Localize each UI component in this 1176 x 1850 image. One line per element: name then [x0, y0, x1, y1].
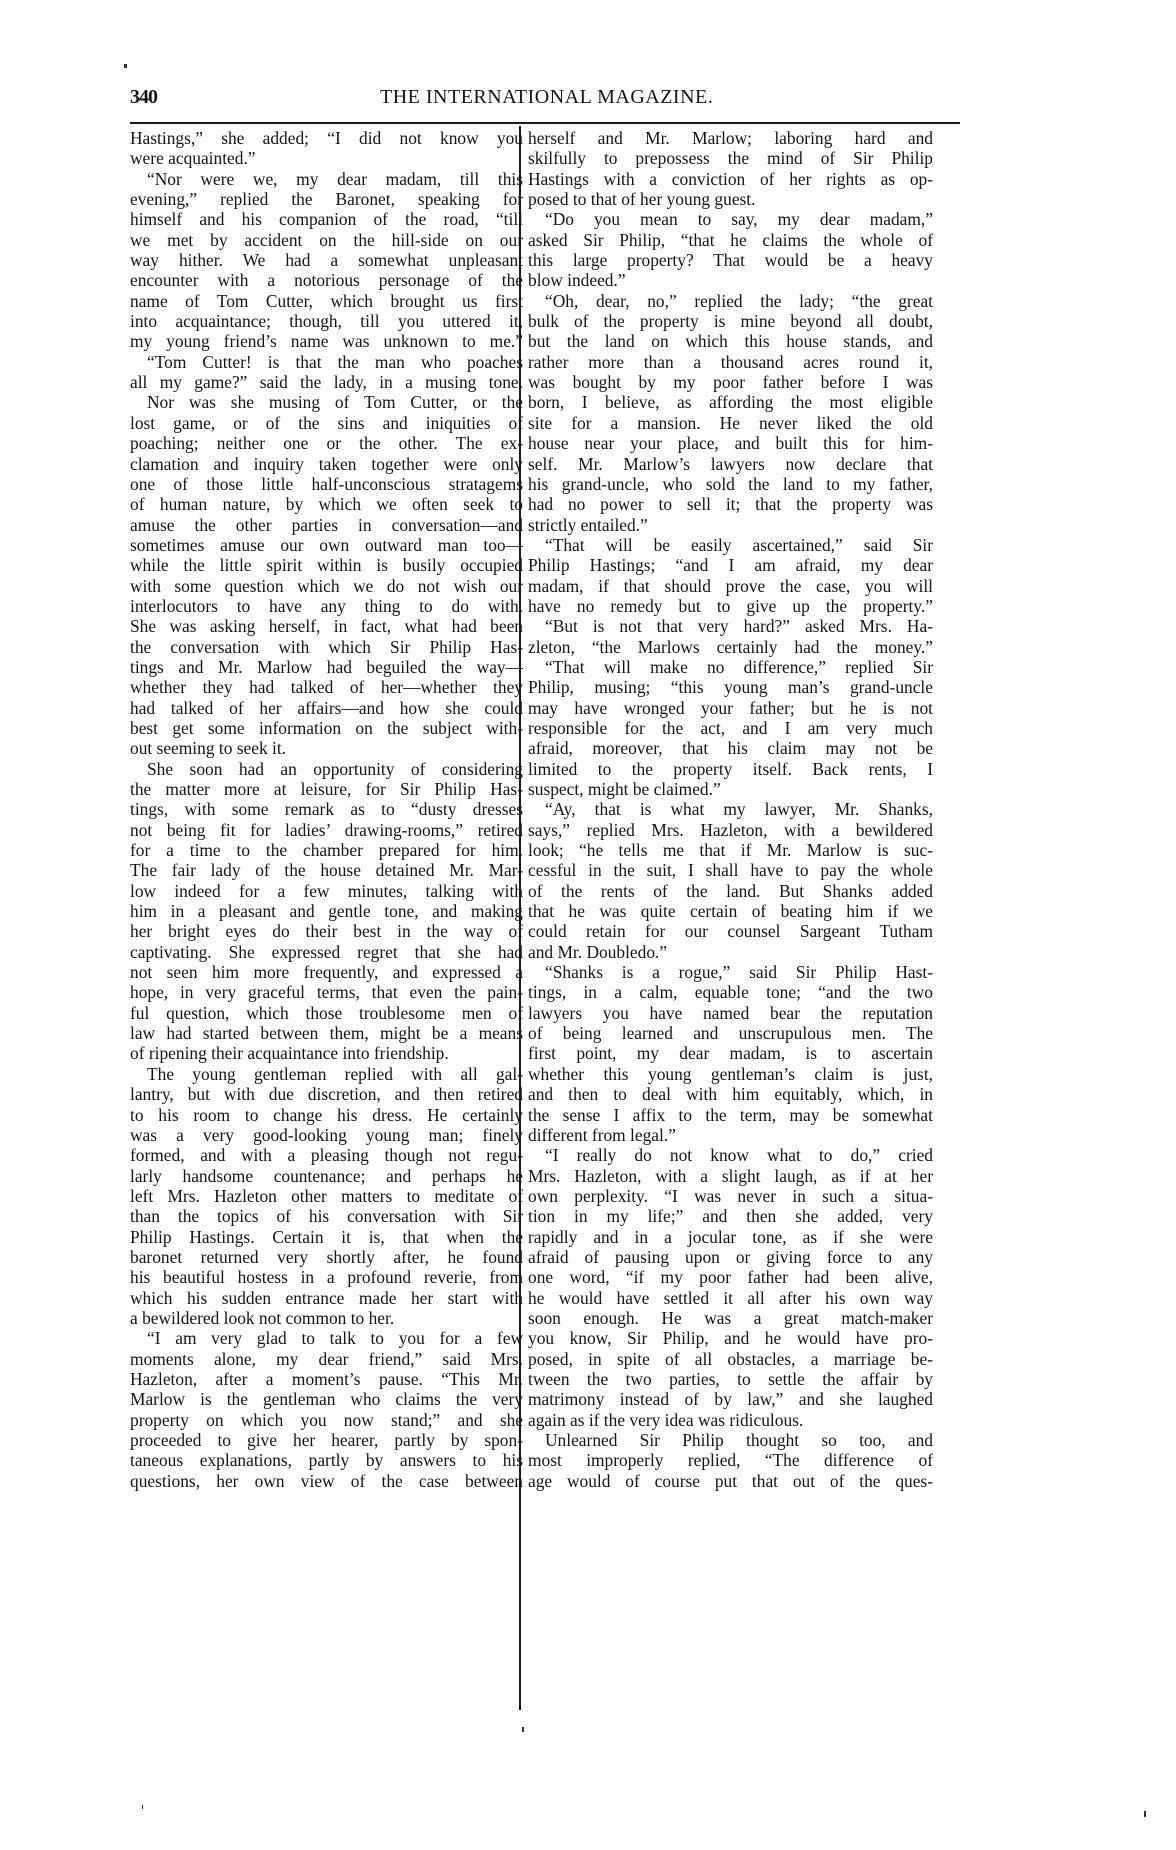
text-line: age would of course put that out of the … — [528, 1471, 933, 1491]
text-line: first point, my dear madam, is to ascert… — [528, 1043, 933, 1063]
text-line: questions, her own view of the case betw… — [130, 1471, 523, 1491]
text-line: name of Tom Cutter, which brought us fir… — [130, 291, 523, 311]
text-line: interlocutors to have any thing to do wi… — [130, 596, 523, 616]
text-line: Mrs. Hazleton, with a slight laugh, as i… — [528, 1166, 933, 1186]
text-line: Hastings with a conviction of her rights… — [528, 169, 933, 189]
text-line: lantry, but with due discretion, and the… — [130, 1084, 523, 1104]
text-line: left Mrs. Hazleton other matters to medi… — [130, 1186, 523, 1206]
text-line: The young gentleman replied with all gal… — [130, 1064, 523, 1084]
text-line: captivating. She expressed regret that s… — [130, 942, 523, 962]
text-line: which his sudden entrance made her start… — [130, 1288, 523, 1308]
text-line: rapidly and in a jocular tone, as if she… — [528, 1227, 933, 1247]
text-line: property on which you now stand;” and sh… — [130, 1410, 523, 1430]
text-line: of human nature, by which we often seek … — [130, 494, 523, 514]
text-line: Marlow is the gentleman who claims the v… — [130, 1389, 523, 1409]
text-line: Nor was she musing of Tom Cutter, or the — [130, 392, 523, 412]
text-line: tings and Mr. Marlow had beguiled the wa… — [130, 657, 523, 677]
text-line: most improperly replied, “The difference… — [528, 1450, 933, 1470]
text-line: blow indeed.” — [528, 270, 933, 290]
text-line: of ripening their acquaintance into frie… — [130, 1043, 523, 1063]
text-line: taneous explanations, partly by answers … — [130, 1450, 523, 1470]
text-line: lost game, or of the sins and iniquities… — [130, 413, 523, 433]
text-line: madam, if that should prove the case, yo… — [528, 576, 933, 596]
text-line: we met by accident on the hill-side on o… — [130, 230, 523, 250]
text-line: tings, in a calm, equable tone; “and the… — [528, 982, 933, 1002]
text-line: “Nor were we, my dear madam, till this — [130, 169, 523, 189]
text-line: could retain for our counsel Sargeant Tu… — [528, 921, 933, 941]
text-line: Philip Hastings; “and I am afraid, my de… — [528, 555, 933, 575]
text-line: Philip Hastings. Certain it is, that whe… — [130, 1227, 523, 1247]
text-line: out seeming to seek it. — [130, 738, 523, 758]
text-line: says,” replied Mrs. Hazleton, with a bew… — [528, 820, 933, 840]
text-line: with some question which we do not wish … — [130, 576, 523, 596]
text-line: strictly entailed.” — [528, 515, 933, 535]
text-line: poaching; neither one or the other. The … — [130, 433, 523, 453]
text-line: “That will make no difference,” replied … — [528, 657, 933, 677]
text-line: “Oh, dear, no,” replied the lady; “the g… — [528, 291, 933, 311]
text-line: posed to that of her young guest. — [528, 189, 933, 209]
text-line: “I am very glad to talk to you for a few — [130, 1328, 523, 1348]
text-line: responsible for the act, and I am very m… — [528, 718, 933, 738]
text-line: best get some information on the subject… — [130, 718, 523, 738]
text-line: rather more than a thousand acres round … — [528, 352, 933, 372]
text-line: to his room to change his dress. He cert… — [130, 1105, 523, 1125]
text-line: look; “he tells me that if Mr. Marlow is… — [528, 840, 933, 860]
text-line: and Mr. Doubledo.” — [528, 942, 933, 962]
text-line: were acquainted.” — [130, 148, 523, 168]
text-line: of being learned and unscrupulous men. T… — [528, 1023, 933, 1043]
text-line: again as if the very idea was ridiculous… — [528, 1410, 933, 1430]
text-line: his beautiful hostess in a profound reve… — [130, 1267, 523, 1287]
text-line: baronet returned very shortly after, he … — [130, 1247, 523, 1267]
text-line: this large property? That would be a hea… — [528, 250, 933, 270]
text-line: tion in my life;” and then she added, ve… — [528, 1206, 933, 1226]
text-line: house near your place, and built this fo… — [528, 433, 933, 453]
left-column: Hastings,” she added; “I did not know yo… — [130, 128, 523, 1491]
text-line: my young friend’s name was unknown to me… — [130, 331, 523, 351]
text-line: the matter more at leisure, for Sir Phil… — [130, 779, 523, 799]
text-line: was bought by my poor father before I wa… — [528, 372, 933, 392]
text-line: was a very good-looking young man; finel… — [130, 1125, 523, 1145]
header-rule — [130, 122, 960, 124]
text-line: herself and Mr. Marlow; laboring hard an… — [528, 128, 933, 148]
scan-speck — [124, 64, 127, 68]
text-line: Philip, musing; “this young man’s grand-… — [528, 677, 933, 697]
text-line: one of those little half-unconscious str… — [130, 474, 523, 494]
text-line: cessful in the suit, I shall have to pay… — [528, 860, 933, 880]
text-line: moments alone, my dear friend,” said Mrs… — [130, 1349, 523, 1369]
text-line: suspect, might be claimed.” — [528, 779, 933, 799]
text-line: born, I believe, as affording the most e… — [528, 392, 933, 412]
text-line: you know, Sir Philip, and he would have … — [528, 1328, 933, 1348]
page-number: 340 — [130, 86, 157, 109]
text-line: different from legal.” — [528, 1125, 933, 1145]
text-line: sometimes amuse our own outward man too— — [130, 535, 523, 555]
text-line: larly handsome countenance; and perhaps … — [130, 1166, 523, 1186]
scan-speck — [522, 1727, 524, 1732]
text-line: bulk of the property is mine beyond all … — [528, 311, 933, 331]
text-line: “Tom Cutter! is that the man who poaches — [130, 352, 523, 372]
text-line: than the topics of his conversation with… — [130, 1206, 523, 1226]
text-line: not being fit for ladies’ drawing-rooms,… — [130, 820, 523, 840]
text-line: “But is not that very hard?” asked Mrs. … — [528, 616, 933, 636]
text-line: have no remedy but to give up the proper… — [528, 596, 933, 616]
text-line: afraid of pausing upon or giving force t… — [528, 1247, 933, 1267]
text-line: Unlearned Sir Philip thought so too, and — [528, 1430, 933, 1450]
text-line: her bright eyes do their best in the way… — [130, 921, 523, 941]
text-line: encounter with a notorious personage of … — [130, 270, 523, 290]
text-line: and then to deal with him equitably, whi… — [528, 1084, 933, 1104]
text-line: “I really do not know what to do,” cried — [528, 1145, 933, 1165]
text-line: amuse the other parties in conversation—… — [130, 515, 523, 535]
text-line: asked Sir Philip, “that he claims the wh… — [528, 230, 933, 250]
text-line: for a time to the chamber prepared for h… — [130, 840, 523, 860]
text-line: own perplexity. “I was never in such a s… — [528, 1186, 933, 1206]
text-line: himself and his companion of the road, “… — [130, 209, 523, 229]
text-line: all my game?” said the lady, in a musing… — [130, 372, 523, 392]
text-line: way hither. We had a somewhat unpleasant — [130, 250, 523, 270]
text-line: evening,” replied the Baronet, speaking … — [130, 189, 523, 209]
right-column: herself and Mr. Marlow; laboring hard an… — [528, 128, 933, 1491]
text-line: tings, with some remark as to “dusty dre… — [130, 799, 523, 819]
text-line: that he was quite certain of beating him… — [528, 901, 933, 921]
scan-speck — [1144, 1811, 1146, 1817]
text-line: the sense I affix to the term, may be so… — [528, 1105, 933, 1125]
text-line: clamation and inquiry taken together wer… — [130, 454, 523, 474]
text-line: his grand-uncle, who sold the land to my… — [528, 474, 933, 494]
text-line: zleton, “the Marlows certainly had the m… — [528, 637, 933, 657]
text-line: lawyers you have named bear the reputati… — [528, 1003, 933, 1023]
text-line: but the land on which this house stands,… — [528, 331, 933, 351]
text-line: limited to the property itself. Back ren… — [528, 759, 933, 779]
text-line: had no power to sell it; that the proper… — [528, 494, 933, 514]
text-line: matrimony instead of by law,” and she la… — [528, 1389, 933, 1409]
text-line: whether this young gentleman’s claim is … — [528, 1064, 933, 1084]
text-line: Hazleton, after a moment’s pause. “This … — [130, 1369, 523, 1389]
text-line: She soon had an opportunity of consideri… — [130, 759, 523, 779]
scan-speck — [142, 1805, 143, 1809]
text-line: proceeded to give her hearer, partly by … — [130, 1430, 523, 1450]
text-line: formed, and with a pleasing though not r… — [130, 1145, 523, 1165]
text-line: into acquaintance; though, till you utte… — [130, 311, 523, 331]
text-line: “Shanks is a rogue,” said Sir Philip Has… — [528, 962, 933, 982]
text-line: “That will be easily ascertained,” said … — [528, 535, 933, 555]
text-line: low indeed for a few minutes, talking wi… — [130, 881, 523, 901]
column-divider — [519, 126, 521, 1710]
text-line: he would have settled it all after his o… — [528, 1288, 933, 1308]
running-title: THE INTERNATIONAL MAGAZINE. — [380, 86, 940, 109]
text-line: The fair lady of the house detained Mr. … — [130, 860, 523, 880]
text-line: “Ay, that is what my lawyer, Mr. Shanks, — [528, 799, 933, 819]
text-line: skilfully to prepossess the mind of Sir … — [528, 148, 933, 168]
text-line: had talked of her affairs—and how she co… — [130, 698, 523, 718]
text-line: soon enough. He was a great match-maker — [528, 1308, 933, 1328]
text-line: the conversation with which Sir Philip H… — [130, 637, 523, 657]
text-line: “Do you mean to say, my dear madam,” — [528, 209, 933, 229]
text-line: one word, “if my poor father had been al… — [528, 1267, 933, 1287]
text-line: law had started between them, might be a… — [130, 1023, 523, 1043]
text-line: self. Mr. Marlow’s lawyers now declare t… — [528, 454, 933, 474]
text-line: may have wronged your father; but he is … — [528, 698, 933, 718]
text-line: while the little spirit within is busily… — [130, 555, 523, 575]
text-line: a bewildered look not common to her. — [130, 1308, 523, 1328]
text-line: of the rents of the land. But Shanks add… — [528, 881, 933, 901]
text-line: site for a mansion. He never liked the o… — [528, 413, 933, 433]
text-line: him in a pleasant and gentle tone, and m… — [130, 901, 523, 921]
text-line: Hastings,” she added; “I did not know yo… — [130, 128, 523, 148]
text-line: tween the two parties, to settle the aff… — [528, 1369, 933, 1389]
text-line: She was asking herself, in fact, what ha… — [130, 616, 523, 636]
text-line: whether they had talked of her—whether t… — [130, 677, 523, 697]
text-line: not seen him more frequently, and expres… — [130, 962, 523, 982]
text-line: ful question, which those troublesome me… — [130, 1003, 523, 1023]
text-line: afraid, moreover, that his claim may not… — [528, 738, 933, 758]
text-line: posed, in spite of all obstacles, a marr… — [528, 1349, 933, 1369]
text-line: hope, in very graceful terms, that even … — [130, 982, 523, 1002]
